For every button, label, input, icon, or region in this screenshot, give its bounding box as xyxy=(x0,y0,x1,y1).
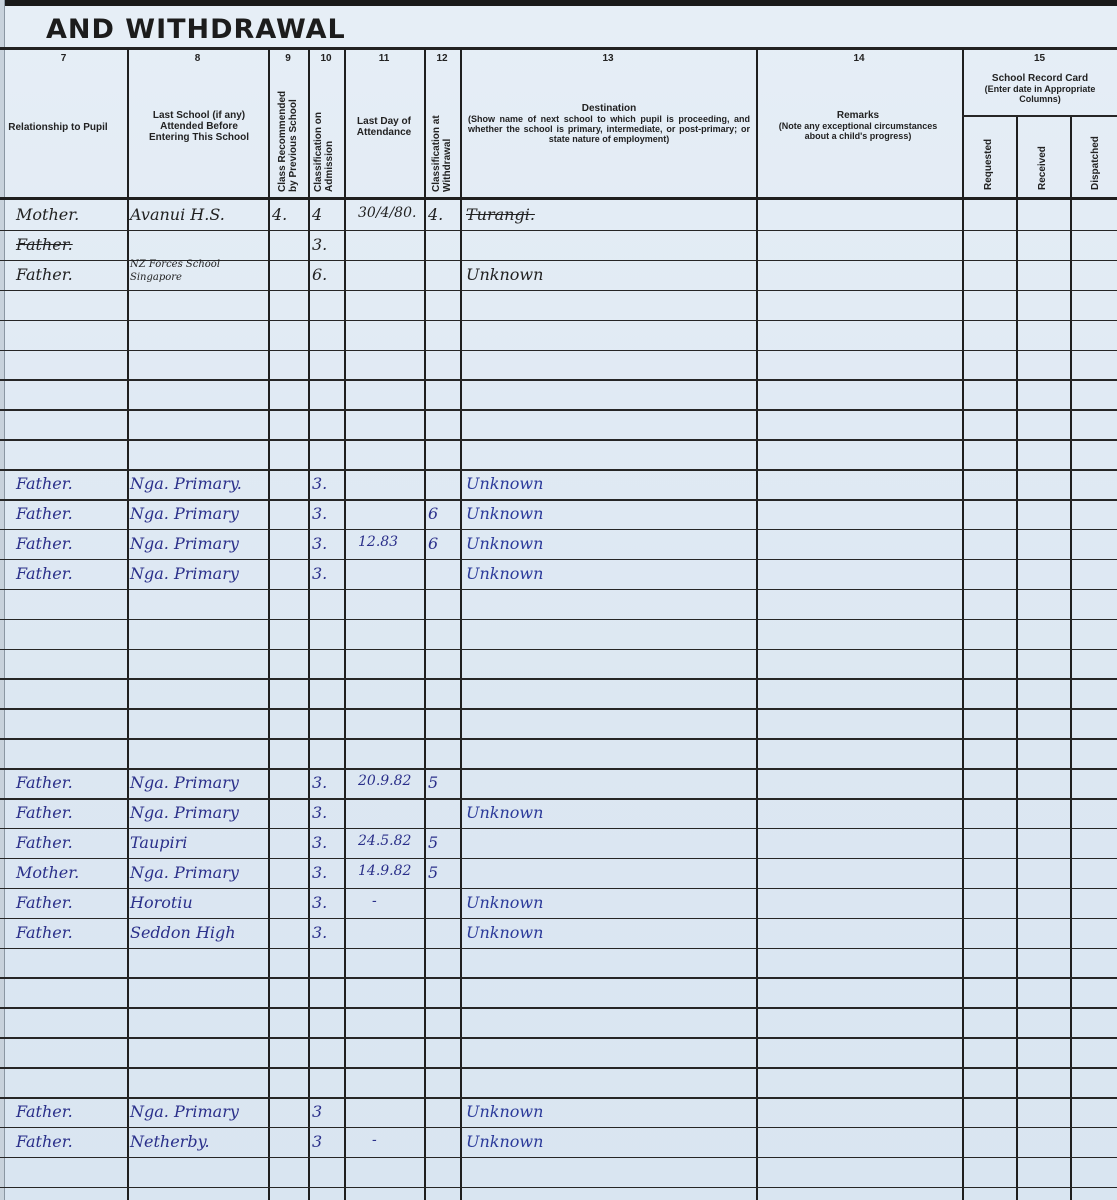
relationship-cell: Father. xyxy=(16,474,73,493)
header-record-card-note: (Enter date in Appropriate Columns) xyxy=(966,84,1114,104)
class-admission-cell: 3. xyxy=(312,923,327,942)
class-admission-cell: 3. xyxy=(312,833,327,852)
header-class-recommended: Class Recommendedby Previous School xyxy=(277,91,299,192)
class-admission-cell: 3. xyxy=(312,863,327,882)
last-school-cell: Nga. Primary xyxy=(130,504,239,523)
relationship-cell: Father. xyxy=(16,1102,73,1121)
relationship-cell: Father. xyxy=(16,265,73,284)
table-row: Father.Nga. Primary3Unknown xyxy=(0,1097,1117,1127)
header-last-school: Last School (if any) Attended Before Ent… xyxy=(140,110,258,143)
last-school-cell: Horotiu xyxy=(130,893,193,912)
row-divider xyxy=(0,948,1117,950)
last-school-cell: Avanui H.S. xyxy=(130,205,225,224)
destination-cell: Unknown xyxy=(466,564,543,583)
class-admission-cell: 3. xyxy=(312,504,327,523)
table-row: Father.Nga. Primary3.12.836Unknown xyxy=(0,529,1117,559)
header-record-card-dispatched-line: Dispatched xyxy=(1090,136,1101,190)
row-divider xyxy=(0,649,1117,651)
relationship-cell: Father. xyxy=(16,803,73,822)
destination-cell: Unknown xyxy=(466,265,543,284)
page-title: AND WITHDRAWAL xyxy=(46,14,346,45)
row-divider xyxy=(0,1157,1117,1159)
destination-cell: Unknown xyxy=(466,893,543,912)
row-divider xyxy=(0,1067,1117,1069)
destination-cell: Unknown xyxy=(466,534,543,553)
column-number: 7 xyxy=(0,53,127,64)
row-divider xyxy=(0,977,1117,979)
header-destination-note: (Show name of next school to which pupil… xyxy=(468,114,750,144)
last-school-cell: Nga. Primary. xyxy=(130,474,242,493)
table-row: Father.NZ Forces School Singapore6.Unkno… xyxy=(0,260,1117,290)
table-row: Father.Taupiri3.24.5.825 xyxy=(0,828,1117,858)
column-number: 8 xyxy=(127,53,268,64)
column-number: 9 xyxy=(268,53,308,64)
header-class-admission-line: Classification on xyxy=(313,112,324,192)
last-day-cell: 14.9.82 xyxy=(358,863,411,879)
header-destination-label: Destination xyxy=(468,103,750,114)
table-row: Father.Netherby.3-Unknown xyxy=(0,1127,1117,1157)
class-withdrawal-cell: 5 xyxy=(428,863,438,882)
destination-cell: Unknown xyxy=(466,923,543,942)
row-divider xyxy=(0,439,1117,441)
header-record-card-requested-line: Requested xyxy=(983,139,994,190)
class-withdrawal-cell: 5 xyxy=(428,773,438,792)
header-record-card-label: School Record Card xyxy=(966,73,1114,84)
column-number: 12 xyxy=(424,53,460,64)
relationship-cell: Father. xyxy=(16,534,73,553)
row-divider xyxy=(0,379,1117,381)
table-row: Father.Nga. Primary3.Unknown xyxy=(0,798,1117,828)
last-school-cell: Nga. Primary xyxy=(130,1102,239,1121)
row-divider xyxy=(0,320,1117,322)
record-card-subheader-rule xyxy=(962,115,1117,117)
header-remarks-label: Remarks xyxy=(770,110,946,121)
page-top-edge xyxy=(0,0,1117,6)
last-day-cell: - xyxy=(372,893,377,909)
column-number: 15 xyxy=(962,53,1117,64)
register-page: AND WITHDRAWAL 789101112131415Relationsh… xyxy=(0,0,1117,1200)
row-divider xyxy=(0,738,1117,740)
last-school-cell: Nga. Primary xyxy=(130,803,239,822)
table-row: Father.Nga. Primary.3.Unknown xyxy=(0,469,1117,499)
class-admission-cell: 4 xyxy=(312,205,322,224)
row-divider xyxy=(0,290,1117,292)
last-day-cell: - xyxy=(372,1132,377,1148)
relationship-cell: Father. xyxy=(16,773,73,792)
class-admission-cell: 3. xyxy=(312,564,327,583)
header-record-card-requested: Requested xyxy=(983,139,994,190)
table-row: Father.Horotiu3.-Unknown xyxy=(0,888,1117,918)
header-remarks: Remarks(Note any exceptional circumstanc… xyxy=(770,110,946,141)
class-admission-cell: 3 xyxy=(312,1102,322,1121)
relationship-cell: Father. xyxy=(16,564,73,583)
class-admission-cell: 3. xyxy=(312,474,327,493)
header-last-day: Last Day of Attendance xyxy=(346,116,422,138)
table-row: Father.Nga. Primary3.6Unknown xyxy=(0,499,1117,529)
header-class-withdrawal-line: Withdrawal xyxy=(442,115,453,192)
header-class-withdrawal: Classification atWithdrawal xyxy=(431,115,453,192)
row-divider xyxy=(0,619,1117,621)
column-number: 14 xyxy=(756,53,962,64)
header-record-card-dispatched: Dispatched xyxy=(1090,136,1101,190)
header-destination: Destination(Show name of next school to … xyxy=(468,103,750,144)
class-admission-cell: 6. xyxy=(312,265,327,284)
page-binding-edge xyxy=(0,0,5,1200)
class-withdrawal-cell: 6 xyxy=(428,504,438,523)
header-class-recommended-line: Class Recommended xyxy=(277,91,288,192)
row-divider xyxy=(0,708,1117,710)
class-withdrawal-cell: 5 xyxy=(428,833,438,852)
column-number: 13 xyxy=(460,53,756,64)
relationship-cell: Father. xyxy=(16,235,73,254)
class-recommended-cell: 4. xyxy=(272,205,287,224)
row-divider xyxy=(0,1007,1117,1009)
destination-cell: Unknown xyxy=(466,1132,543,1151)
table-row: Father.Nga. Primary3.Unknown xyxy=(0,559,1117,589)
row-divider xyxy=(0,589,1117,591)
last-day-cell: 12.83 xyxy=(358,534,398,550)
header-relationship: Relationship to Pupil xyxy=(8,122,108,133)
last-school-cell: Nga. Primary xyxy=(130,773,239,792)
header-class-admission: Classification onAdmission xyxy=(313,112,335,192)
class-withdrawal-cell: 4. xyxy=(428,205,443,224)
destination-cell: Unknown xyxy=(466,504,543,523)
table-row: Mother.Avanui H.S.4.430/4/80.4.Turangi. xyxy=(0,200,1117,230)
class-admission-cell: 3 xyxy=(312,1132,322,1151)
header-remarks-note: (Note any exceptional circumstances abou… xyxy=(770,121,946,141)
relationship-cell: Father. xyxy=(16,504,73,523)
last-school-cell: Netherby. xyxy=(130,1132,210,1151)
header-class-admission-line: Admission xyxy=(324,112,335,192)
relationship-cell: Father. xyxy=(16,1132,73,1151)
row-divider xyxy=(0,1187,1117,1189)
class-admission-cell: 3. xyxy=(312,803,327,822)
destination-cell: Unknown xyxy=(466,474,543,493)
table-row: Mother.Nga. Primary3.14.9.825 xyxy=(0,858,1117,888)
row-divider xyxy=(0,409,1117,411)
relationship-cell: Mother. xyxy=(16,863,79,882)
relationship-cell: Father. xyxy=(16,833,73,852)
last-school-cell: Nga. Primary xyxy=(130,534,239,553)
class-admission-cell: 3. xyxy=(312,235,327,254)
table-row: Father.3. xyxy=(0,230,1117,260)
header-class-recommended-line: by Previous School xyxy=(288,91,299,192)
destination-cell: Turangi. xyxy=(466,205,535,224)
relationship-cell: Father. xyxy=(16,923,73,942)
last-school-cell: NZ Forces School Singapore xyxy=(130,258,260,284)
destination-cell: Unknown xyxy=(466,803,543,822)
class-admission-cell: 3. xyxy=(312,893,327,912)
table-row: Father.Seddon High3.Unknown xyxy=(0,918,1117,948)
table-row: Father.Nga. Primary3.20.9.825 xyxy=(0,768,1117,798)
header-record-card: School Record Card(Enter date in Appropr… xyxy=(966,73,1114,104)
last-day-cell: 20.9.82 xyxy=(358,773,411,789)
header-top-rule xyxy=(0,47,1117,50)
header-class-withdrawal-line: Classification at xyxy=(431,115,442,192)
relationship-cell: Mother. xyxy=(16,205,79,224)
class-admission-cell: 3. xyxy=(312,534,327,553)
column-number: 11 xyxy=(344,53,424,64)
last-day-cell: 30/4/80. xyxy=(358,205,416,221)
row-divider xyxy=(0,678,1117,680)
column-number: 10 xyxy=(308,53,344,64)
relationship-cell: Father. xyxy=(16,893,73,912)
last-school-cell: Seddon High xyxy=(130,923,236,942)
row-divider xyxy=(0,1037,1117,1039)
last-day-cell: 24.5.82 xyxy=(358,833,411,849)
header-record-card-received: Received xyxy=(1037,146,1048,190)
row-divider xyxy=(0,350,1117,352)
last-school-cell: Taupiri xyxy=(130,833,187,852)
last-school-cell: Nga. Primary xyxy=(130,863,239,882)
class-withdrawal-cell: 6 xyxy=(428,534,438,553)
class-admission-cell: 3. xyxy=(312,773,327,792)
last-school-cell: Nga. Primary xyxy=(130,564,239,583)
header-record-card-received-line: Received xyxy=(1037,146,1048,190)
destination-cell: Unknown xyxy=(466,1102,543,1121)
